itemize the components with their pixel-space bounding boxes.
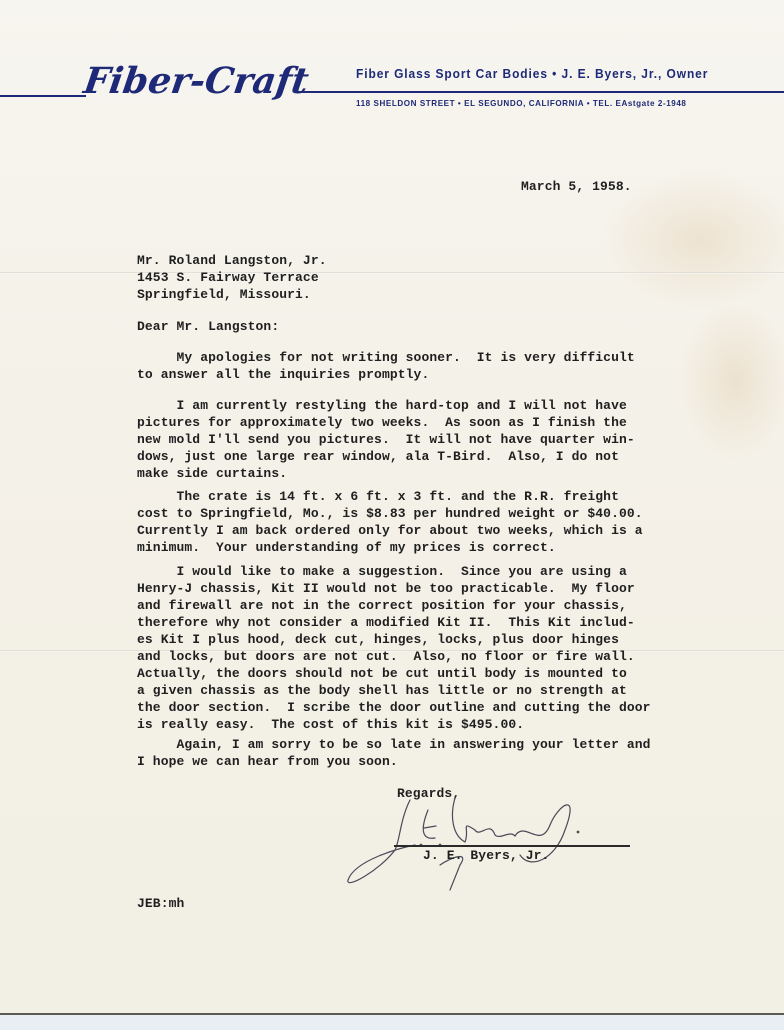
recipient-city: Springfield, Missouri. — [137, 286, 327, 303]
paragraph-5: Again, I am sorry to be so late in answe… — [137, 736, 651, 770]
text-line: make side curtains. — [137, 465, 635, 482]
text-line: a given chassis as the body shell has li… — [137, 682, 651, 699]
typist-initials: JEB:mh — [137, 895, 184, 912]
text-line: to answer all the inquiries promptly. — [137, 366, 635, 383]
text-line: and firewall are not in the correct posi… — [137, 597, 651, 614]
recipient-address: Mr. Roland Langston, Jr.1453 S. Fairway … — [137, 252, 327, 303]
text-line: I am currently restyling the hard-top an… — [137, 397, 635, 414]
letterhead-address: 118 SHELDON STREET • EL SEGUNDO, CALIFOR… — [356, 98, 686, 108]
text-line: is really easy. The cost of this kit is … — [137, 716, 651, 733]
text-line: the door section. I scribe the door outl… — [137, 699, 651, 716]
text-line: Again, I am sorry to be so late in answe… — [137, 736, 651, 753]
paragraph-3: The crate is 14 ft. x 6 ft. x 3 ft. and … — [137, 488, 643, 556]
text-line: The crate is 14 ft. x 6 ft. x 3 ft. and … — [137, 488, 643, 505]
salutation: Dear Mr. Langston: — [137, 318, 279, 335]
fold-line — [0, 272, 784, 274]
text-line: es Kit I plus hood, deck cut, hinges, lo… — [137, 631, 651, 648]
text-line: therefore why not consider a modified Ki… — [137, 614, 651, 631]
paragraph-4: I would like to make a suggestion. Since… — [137, 563, 651, 733]
signer-name: J. E. Byers, Jr. — [423, 847, 549, 864]
letter-date: March 5, 1958. — [521, 178, 632, 195]
company-logo: Fiber-Craft — [81, 60, 311, 102]
text-line: cost to Springfield, Mo., is $8.83 per h… — [137, 505, 643, 522]
text-line: pictures for approximately two weeks. As… — [137, 414, 635, 431]
text-line: minimum. Your understanding of my prices… — [137, 539, 643, 556]
paragraph-1: My apologies for not writing sooner. It … — [137, 349, 635, 383]
text-line: Currently I am back ordered only for abo… — [137, 522, 643, 539]
text-line: I hope we can hear from you soon. — [137, 753, 651, 770]
text-line: and locks, but doors are not cut. Also, … — [137, 648, 651, 665]
text-line: Henry-J chassis, Kit II would not be too… — [137, 580, 651, 597]
letter-page: Fiber-Craft Fiber Glass Sport Car Bodies… — [0, 0, 784, 1015]
letterhead-rule — [296, 91, 784, 93]
recipient-street: 1453 S. Fairway Terrace — [137, 269, 327, 286]
letterhead-rule — [0, 95, 86, 97]
text-line: My apologies for not writing sooner. It … — [137, 349, 635, 366]
recipient-name: Mr. Roland Langston, Jr. — [137, 252, 327, 269]
letterhead-tagline: Fiber Glass Sport Car Bodies • J. E. Bye… — [356, 66, 708, 81]
text-line: I would like to make a suggestion. Since… — [137, 563, 651, 580]
text-line: new mold I'll send you pictures. It will… — [137, 431, 635, 448]
text-line: dows, just one large rear window, ala T-… — [137, 448, 635, 465]
text-line: Actually, the doors should not be cut un… — [137, 665, 651, 682]
paper-stain — [680, 300, 784, 460]
paragraph-2: I am currently restyling the hard-top an… — [137, 397, 635, 482]
